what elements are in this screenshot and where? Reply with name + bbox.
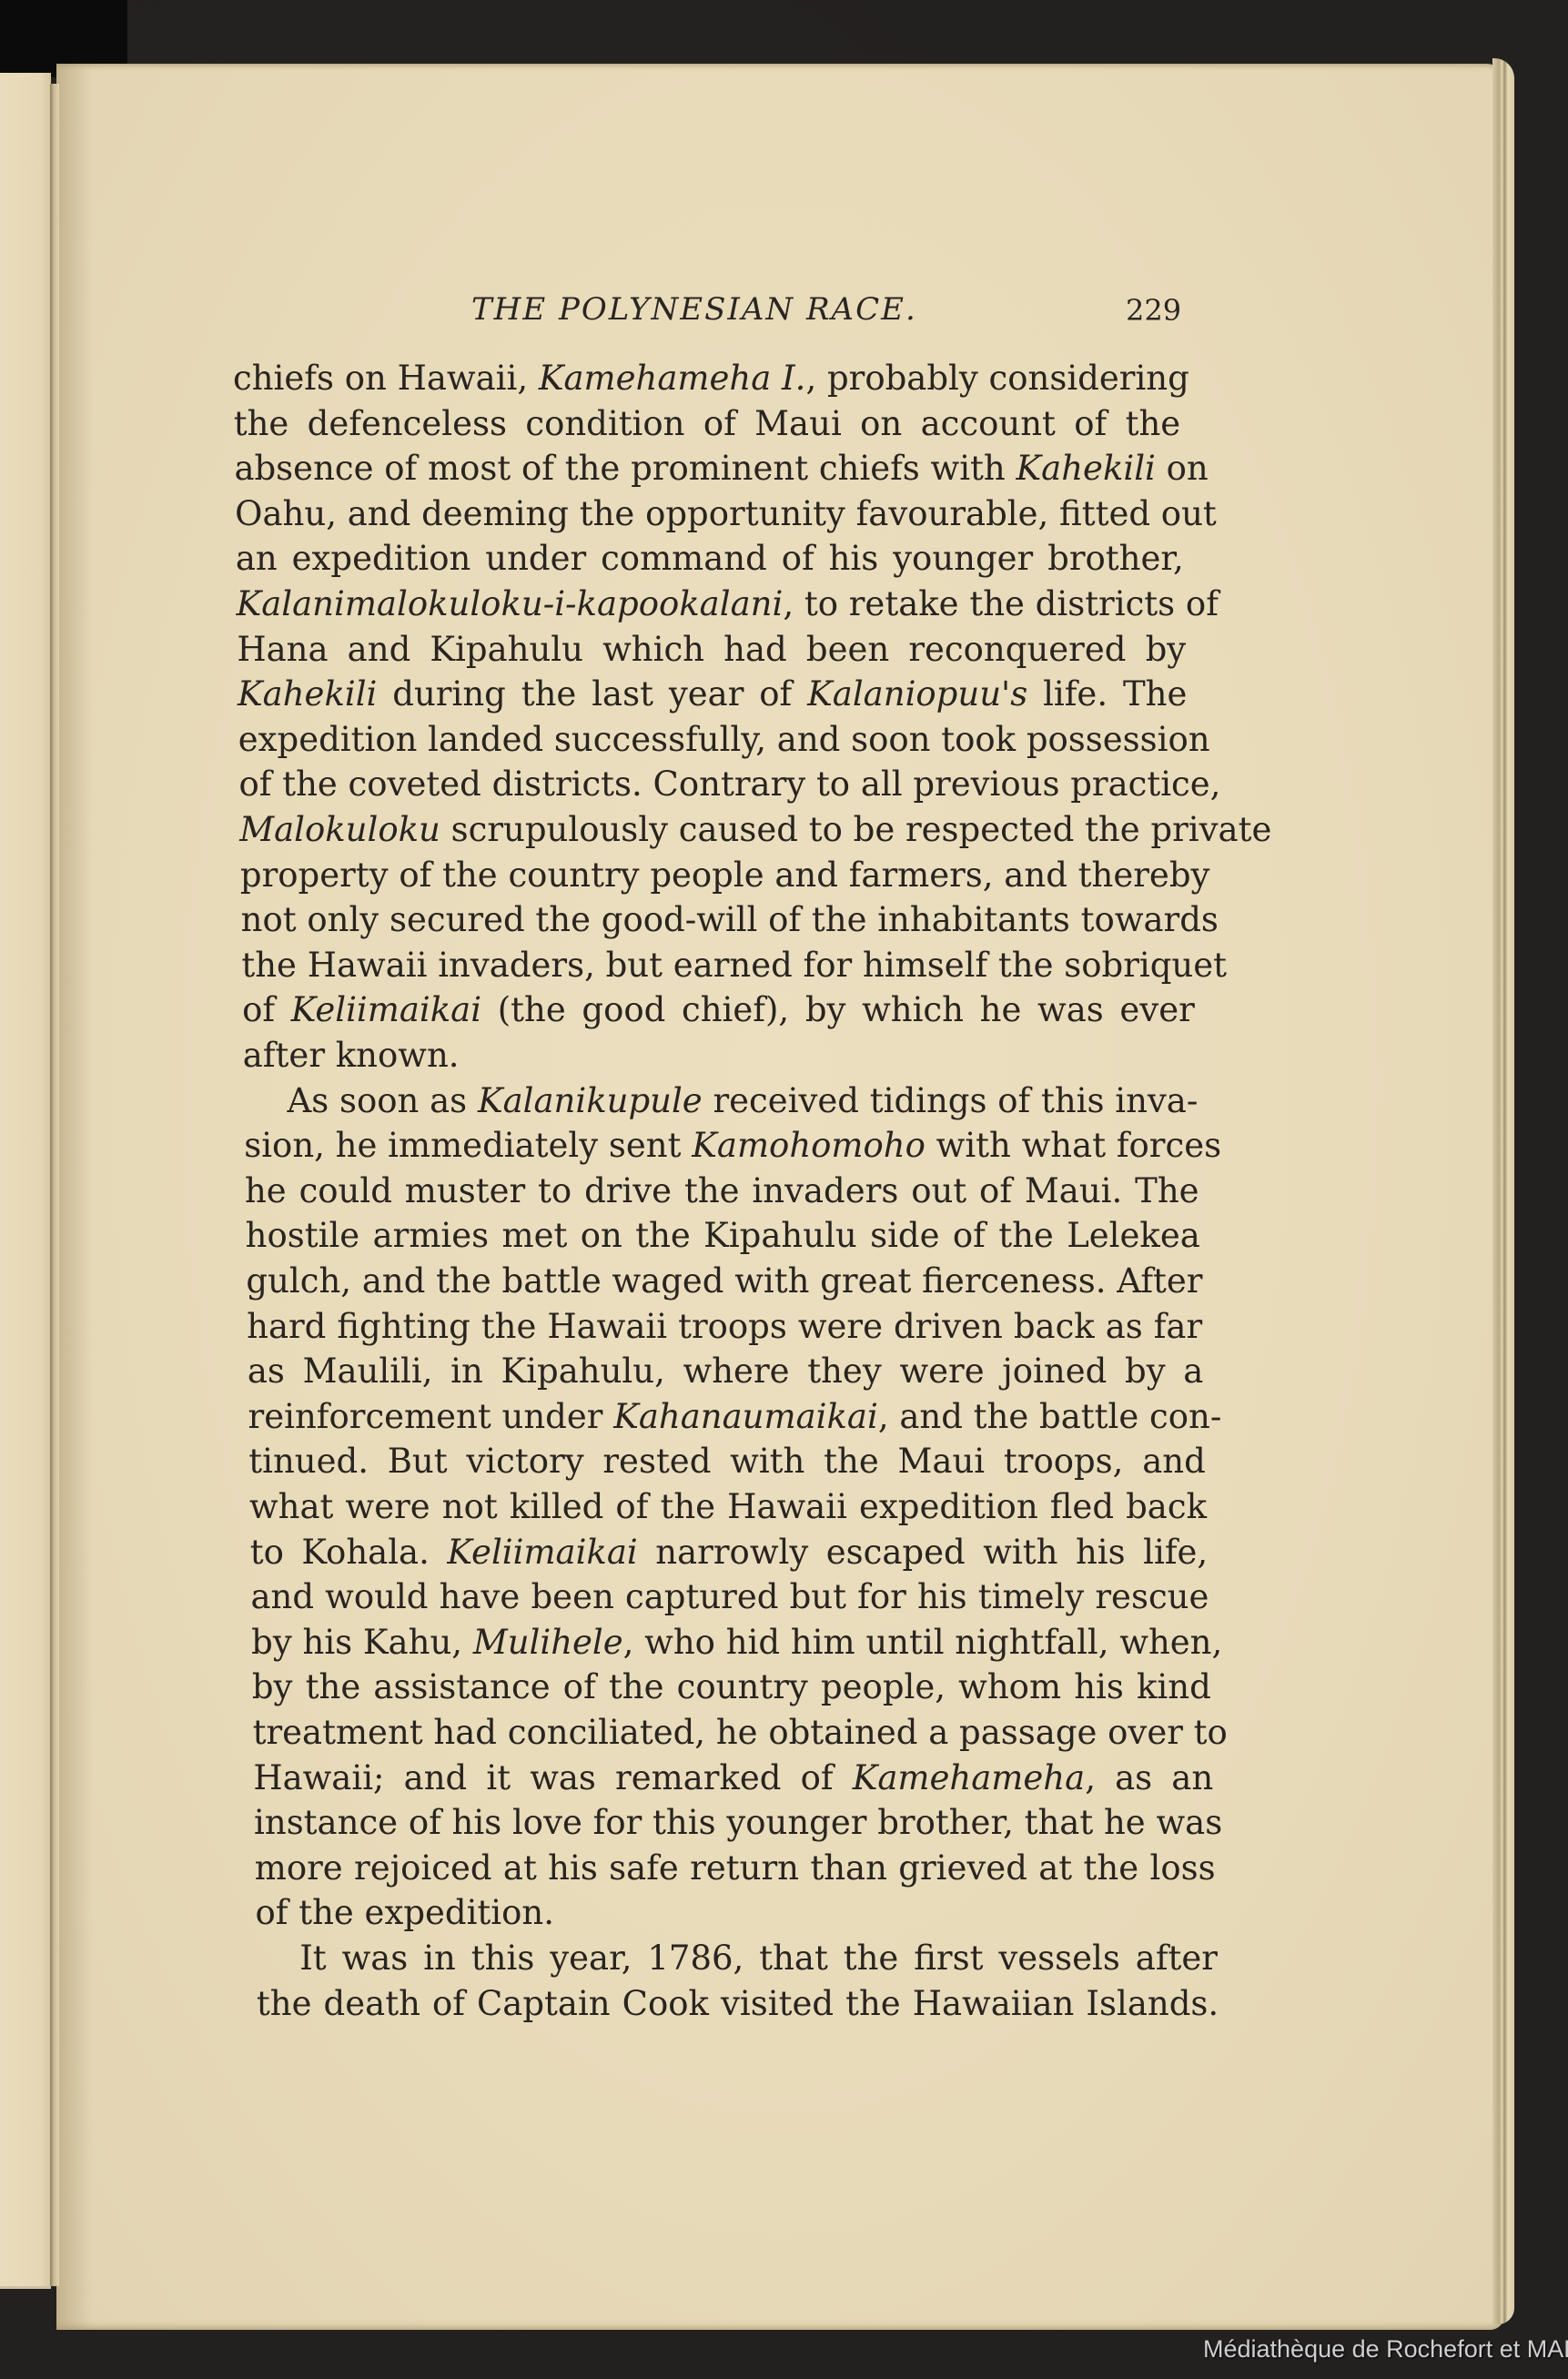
text-segment: by the assistance of the country people,… — [252, 1667, 1211, 1706]
italic-name: Kalaniopuu's — [807, 674, 1027, 714]
text-line: gulch, and the battle waged with great f… — [246, 1260, 1201, 1303]
text-segment: reinforcement under — [248, 1397, 614, 1436]
italic-name: Kahekili — [238, 674, 377, 714]
text-segment: by his Kahu, — [251, 1623, 473, 1662]
text-line: sion, he immediately sent Kamohomoho wit… — [244, 1124, 1198, 1168]
text-segment: on — [1156, 449, 1209, 488]
text-segment: absence of most of the prominent chiefs … — [234, 449, 1016, 488]
text-line: to Kohala. Keliimaikai narrowly escaped … — [250, 1531, 1208, 1574]
italic-name: Keliimaikai — [291, 990, 481, 1029]
text-segment: hostile armies met on the Kipahulu side … — [246, 1216, 1200, 1255]
italic-name: Kamohomoho — [692, 1126, 926, 1165]
text-line: an expedition under command of his young… — [236, 537, 1184, 581]
text-segment: more rejoiced at his safe return than gr… — [255, 1848, 1216, 1888]
text-line: As soon as Kalanikupule received tidings… — [288, 1079, 1198, 1123]
body-text: chiefs on Hawaii, Kamehameha I., probabl… — [0, 0, 1568, 2379]
text-line: the Hawaii invaders, but earned for hims… — [241, 944, 1193, 987]
text-line: tinued. But victory rested with the Maui… — [248, 1440, 1206, 1483]
italic-name: Kahanaumaikai — [613, 1397, 878, 1436]
text-segment: narrowly escaped with his life, — [638, 1533, 1208, 1572]
text-segment: after known. — [243, 1036, 460, 1075]
text-segment: scrupulously caused to be respected the … — [440, 810, 1272, 849]
text-line: Kalanimalokuloku-i-kapookalani, to retak… — [237, 582, 1185, 626]
text-segment: not only secured the good-will of the in… — [241, 900, 1219, 939]
text-segment: gulch, and the battle waged with great f… — [246, 1261, 1202, 1301]
text-segment: chiefs on Hawaii, — [233, 359, 539, 398]
text-line: of Keliimaikai (the good chief), by whic… — [242, 988, 1195, 1032]
text-line: hostile armies met on the Kipahulu side … — [246, 1214, 1200, 1258]
text-segment: Oahu, and deeming the opportunity favour… — [235, 494, 1217, 533]
text-line: Hawaii; and it was remarked of Kamehameh… — [253, 1756, 1213, 1800]
text-segment: instance of his love for this younger br… — [254, 1803, 1222, 1842]
text-segment: life. The — [1027, 674, 1187, 714]
text-segment: what were not killed of the Hawaii exped… — [249, 1487, 1207, 1526]
text-segment: received tidings of this inva- — [703, 1081, 1199, 1120]
text-segment: Hawaii; and it was remarked of — [253, 1758, 852, 1797]
text-segment: Hana and Kipahulu which had been reconqu… — [237, 630, 1186, 669]
text-line: hard fighting the Hawaii troops were dri… — [247, 1305, 1202, 1349]
italic-name: Malokuloku — [239, 810, 440, 849]
text-segment: , and the battle con- — [878, 1397, 1222, 1436]
text-segment: the death of Captain Cook visited the Ha… — [257, 1984, 1219, 2023]
text-segment: , who hid him until nightfall, when, — [623, 1623, 1223, 1662]
italic-name: Kalanimalokuloku-i-kapookalani — [237, 584, 784, 623]
text-line: chiefs on Hawaii, Kamehameha I., probabl… — [233, 357, 1179, 400]
text-segment: It was in this year, 1786, that the firs… — [299, 1939, 1218, 1978]
text-line: and would have been captured but for his… — [250, 1575, 1209, 1619]
text-line: expedition landed successfully, and soon… — [238, 718, 1189, 762]
text-segment: of — [242, 990, 291, 1029]
italic-name: Mulihele — [473, 1623, 623, 1662]
text-line: as Maulili, in Kipahulu, where they were… — [248, 1350, 1204, 1393]
text-segment: tinued. But victory rested with the Maui… — [248, 1442, 1206, 1481]
text-segment: , probably considering — [805, 359, 1189, 398]
text-segment: hard fighting the Hawaii troops were dri… — [247, 1307, 1202, 1346]
text-segment: As soon as — [288, 1081, 478, 1120]
text-segment: of the expedition. — [255, 1893, 554, 1932]
text-line: treatment had conciliated, he obtained a… — [253, 1711, 1212, 1755]
text-line: Oahu, and deeming the opportunity favour… — [235, 492, 1182, 536]
text-segment: to Kohala. — [250, 1533, 448, 1572]
italic-name: Kamehameha I. — [539, 359, 806, 398]
text-line: instance of his love for this younger br… — [254, 1801, 1214, 1845]
text-segment: an expedition under command of his young… — [236, 539, 1184, 578]
text-segment: during the last year of — [377, 674, 807, 714]
text-segment: of the coveted districts. Contrary to al… — [238, 764, 1220, 804]
text-line: Kahekili during the last year of Kalanio… — [238, 673, 1187, 716]
text-line: It was in this year, 1786, that the firs… — [299, 1937, 1218, 1980]
text-line: not only secured the good-will of the in… — [241, 898, 1193, 942]
text-line: reinforcement under Kahanaumaikai, and t… — [248, 1395, 1205, 1439]
text-line: by the assistance of the country people,… — [252, 1665, 1211, 1709]
text-line: more rejoiced at his safe return than gr… — [255, 1847, 1216, 1890]
text-line: of the coveted districts. Contrary to al… — [238, 763, 1189, 806]
text-line: by his Kahu, Mulihele, who hid him until… — [251, 1621, 1209, 1665]
watermark: Médiathèque de Rochefort et MAP — [1203, 2335, 1568, 2364]
text-segment: as Maulili, in Kipahulu, where they were… — [248, 1351, 1204, 1391]
italic-name: Kahekili — [1017, 449, 1156, 488]
text-line: the death of Captain Cook visited the Ha… — [257, 1982, 1219, 2026]
text-segment: he could muster to drive the invaders ou… — [245, 1171, 1199, 1210]
text-segment: , as an — [1085, 1758, 1213, 1797]
italic-name: Kalanikupule — [478, 1081, 703, 1120]
text-line: the defenceless condition of Maui on acc… — [234, 402, 1180, 446]
text-line: Malokuloku scrupulously caused to be res… — [239, 808, 1190, 852]
text-line: after known. — [243, 1034, 1196, 1078]
text-segment: and would have been captured but for his… — [250, 1577, 1209, 1616]
text-segment: the Hawaii invaders, but earned for hims… — [241, 946, 1227, 985]
text-segment: expedition landed successfully, and soon… — [238, 720, 1210, 759]
text-segment: (the good chief), by which he was ever — [481, 990, 1195, 1029]
italic-name: Keliimaikai — [447, 1533, 637, 1572]
text-segment: treatment had conciliated, he obtained a… — [253, 1713, 1228, 1752]
text-line: Hana and Kipahulu which had been reconqu… — [237, 628, 1186, 672]
text-line: what were not killed of the Hawaii exped… — [249, 1485, 1207, 1529]
italic-name: Kamehameha — [853, 1758, 1085, 1797]
text-segment: with what forces — [926, 1126, 1221, 1165]
text-line: of the expedition. — [255, 1891, 1216, 1935]
text-line: he could muster to drive the invaders ou… — [245, 1169, 1199, 1213]
text-segment: sion, he immediately sent — [244, 1126, 692, 1165]
text-line: property of the country people and farme… — [240, 854, 1191, 897]
text-line: absence of most of the prominent chiefs … — [234, 447, 1181, 491]
text-segment: , to retake the districts of — [783, 584, 1219, 623]
text-segment: the defenceless condition of Maui on acc… — [234, 404, 1180, 443]
text-segment: property of the country people and farme… — [240, 855, 1210, 895]
